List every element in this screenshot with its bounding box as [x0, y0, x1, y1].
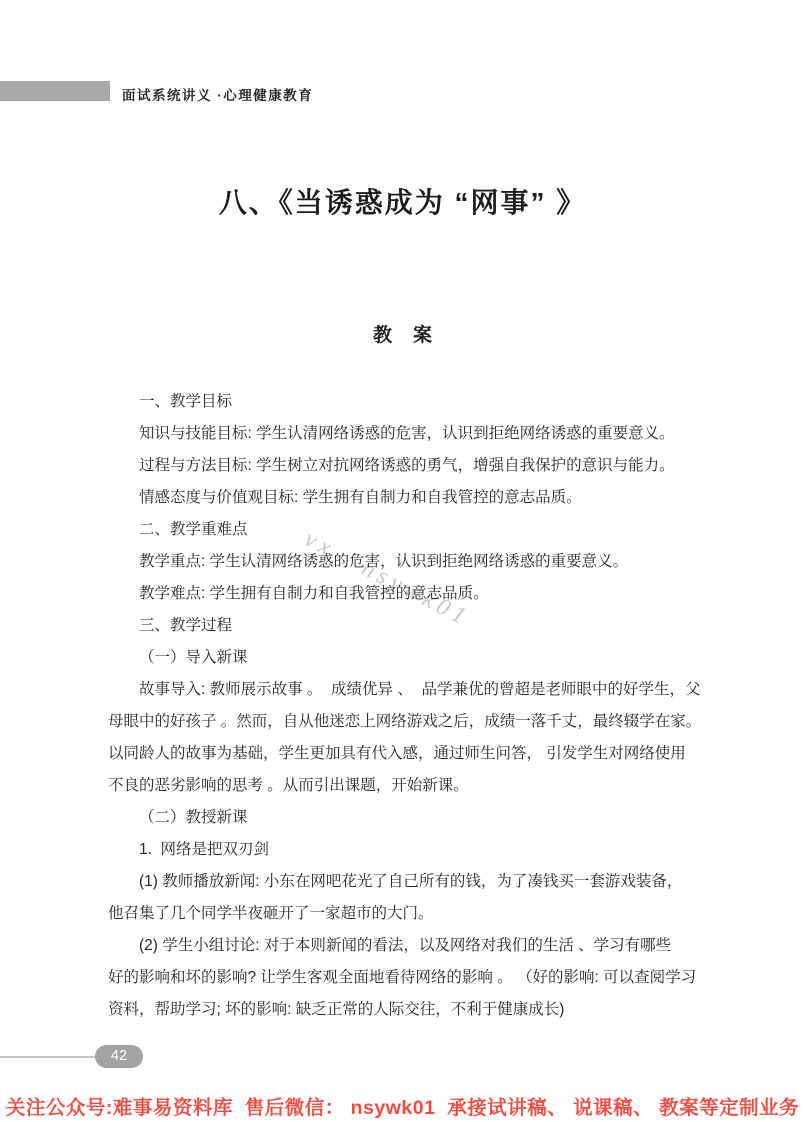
header-booklet-title: 面试系统讲义 ·心理健康教育: [122, 84, 313, 104]
header-gray-bar: [0, 81, 110, 101]
text-line: 他召集了几个同学半夜砸开了一家超市的大门。: [108, 898, 724, 930]
text-line: 过程与方法目标: 学生树立对抗网络诱惑的勇气，增强自我保护的意识与能力。: [108, 450, 724, 482]
text-line: 教学重点: 学生认清网络诱惑的危害，认识到拒绝网络诱惑的重要意义。: [108, 546, 724, 578]
page-number-badge: 42: [95, 1045, 143, 1068]
text-line: 资料，帮助学习; 坏的影响: 缺乏正常的人际交往，不利于健康成长): [108, 994, 724, 1026]
text-line: 母眼中的好孩子 。然而，自从他迷恋上网络游戏之后，成绩一落千丈，最终辍学在家。: [108, 706, 724, 738]
text-line: 以同龄人的故事为基础，学生更加具有代入感，通过师生问答， 引发学生对网络使用: [108, 738, 724, 770]
promo-banner: 关注公众号:难事易资料库 售后微信： nsywk01 承接试讲稿、 说课稿、 教…: [0, 1092, 805, 1120]
document-subtitle: 教 案: [0, 320, 805, 347]
text-line: 知识与技能目标: 学生认清网络诱惑的危害，认识到拒绝网络诱惑的重要意义。: [108, 418, 724, 450]
document-title: 八、《当诱惑成为 “网事” 》: [0, 181, 805, 221]
text-line: 故事导入: 教师展示故事 。 成绩优异 、 品学兼优的曾超是老师眼中的好学生，父: [108, 674, 724, 706]
page-number-rule: [0, 1056, 104, 1058]
text-line: 一、教学目标: [108, 386, 724, 418]
text-line: 不良的恶劣影响的思考 。从而引出课题，开始新课。: [108, 770, 724, 802]
text-line: (2) 学生小组讨论: 对于本则新闻的看法，以及网络对我们的生活 、学习有哪些: [108, 930, 724, 962]
text-line: 三、教学过程: [108, 610, 724, 642]
text-line: 情感态度与价值观目标: 学生拥有自制力和自我管控的意志品质。: [108, 482, 724, 514]
text-line: （一）导入新课: [108, 642, 724, 674]
text-line: 1. 网络是把双刃剑: [108, 834, 724, 866]
content-area: 一、教学目标 知识与技能目标: 学生认清网络诱惑的危害，认识到拒绝网络诱惑的重要…: [108, 386, 724, 1026]
text-line: 教学难点: 学生拥有自制力和自我管控的意志品质。: [108, 578, 724, 610]
text-line: (1) 教师播放新闻: 小东在网吧花光了自己所有的钱，为了凑钱买一套游戏装备，: [108, 866, 724, 898]
document-page: 面试系统讲义 ·心理健康教育 八、《当诱惑成为 “网事” 》 教 案 vx . …: [0, 0, 805, 1122]
text-line: 二、教学重难点: [108, 514, 724, 546]
text-line: 好的影响和坏的影响? 让学生客观全面地看待网络的影响 。 （好的影响: 可以查阅…: [108, 962, 724, 994]
text-line: （二）教授新课: [108, 802, 724, 834]
